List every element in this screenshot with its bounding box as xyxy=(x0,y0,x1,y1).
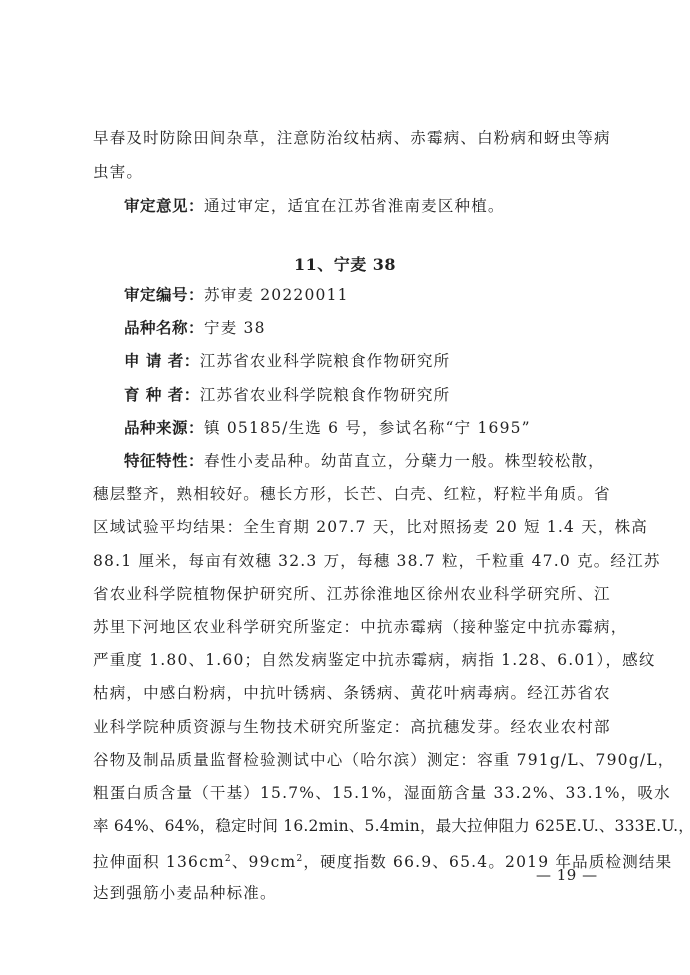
field-variety-source: 品种来源：镇 05185/生选 6 号，参试名称“宁 1695” xyxy=(124,418,598,438)
field-label: 育 种 者： xyxy=(124,386,200,404)
approval-opinion-text: 通过审定，适宜在江苏省淮南麦区种植。 xyxy=(204,197,505,215)
traits-line-area: 拉伸面积 136cm2、99cm2，硬度指数 66.9、65.4。2019 年品… xyxy=(93,849,598,872)
area-text-2: 、99cm xyxy=(232,854,297,872)
approval-opinion: 审定意见：通过审定，适宜在江苏省淮南麦区种植。 xyxy=(124,196,598,216)
prev-text-line-2: 虫害。 xyxy=(93,162,598,182)
traits-line: 穗层整齐，熟相较好。穗长方形，长芒、白壳、红粒，籽粒半角质。省 xyxy=(93,484,598,504)
area-text-3: ，硬度指数 66.9、65.4。2019 年品质检测结果 xyxy=(303,854,672,872)
approval-opinion-label: 审定意见： xyxy=(124,197,204,215)
traits-line: 枯病，中感白粉病，中抗叶锈病、条锈病、黄花叶病毒病。经江苏省农 xyxy=(93,683,598,703)
traits-line: 88.1 厘米，每亩有效穗 32.3 万，每穗 38.7 粒，千粒重 47.0 … xyxy=(93,551,598,571)
field-applicant: 申 请 者：江苏省农业科学院粮食作物研究所 xyxy=(124,351,598,371)
field-breeder: 育 种 者：江苏省农业科学院粮食作物研究所 xyxy=(124,385,598,405)
traits-label: 特征特性： xyxy=(124,452,204,470)
traits-first-line: 特征特性：春性小麦品种。幼苗直立，分蘖力一般。株型较松散， xyxy=(124,451,598,471)
traits-last-line: 达到强筋小麦品种标准。 xyxy=(93,883,598,903)
field-approval-number: 审定编号：苏审麦 20220011 xyxy=(124,285,598,305)
field-label: 申 请 者： xyxy=(124,352,200,370)
field-label: 品种名称： xyxy=(124,319,204,337)
section-title: 11、宁麦 38 xyxy=(0,252,690,275)
traits-line: 严重度 1.80、1.60；自然发病鉴定中抗赤霉病，病指 1.28、6.01），… xyxy=(93,650,598,670)
page-number: — 19 — xyxy=(536,866,598,884)
field-value: 江苏省农业科学院粮食作物研究所 xyxy=(200,352,451,370)
traits-line: 苏里下河地区农业科学研究所鉴定：中抗赤霉病（接种鉴定中抗赤霉病， xyxy=(93,617,598,637)
field-value: 苏审麦 20220011 xyxy=(204,286,349,304)
document-page: 早春及时防除田间杂草，注意防治纹枯病、赤霉病、白粉病和蚜虫等病 虫害。 审定意见… xyxy=(0,0,690,975)
area-text-1: 拉伸面积 136cm xyxy=(93,854,225,872)
superscript: 2 xyxy=(225,854,232,864)
traits-line: 业科学院种质资源与生物技术研究所鉴定：高抗穗发芽。经农业农村部 xyxy=(93,717,598,737)
traits-line: 率 64%、64%，稳定时间 16.2min、5.4min，最大拉伸阻力 625… xyxy=(93,816,598,836)
field-value: 镇 05185/生选 6 号，参试名称“宁 1695” xyxy=(204,419,531,437)
traits-text: 春性小麦品种。幼苗直立，分蘖力一般。株型较松散， xyxy=(204,452,605,470)
field-value: 宁麦 38 xyxy=(204,319,266,337)
traits-line: 谷物及制品质量监督检验测试中心（哈尔滨）测定：容重 791g/L、790g/L， xyxy=(93,750,598,770)
prev-text-line-1: 早春及时防除田间杂草，注意防治纹枯病、赤霉病、白粉病和蚜虫等病 xyxy=(93,128,598,148)
traits-line: 区域试验平均结果：全生育期 207.7 天，比对照扬麦 20 短 1.4 天，株… xyxy=(93,517,598,537)
field-variety-name: 品种名称：宁麦 38 xyxy=(124,318,598,338)
field-label: 品种来源： xyxy=(124,419,204,437)
traits-line: 省农业科学院植物保护研究所、江苏徐淮地区徐州农业科学研究所、江 xyxy=(93,584,598,604)
field-value: 江苏省农业科学院粮食作物研究所 xyxy=(200,386,451,404)
traits-line: 粗蛋白质含量（干基）15.7%、15.1%，湿面筋含量 33.2%、33.1%，… xyxy=(93,783,598,803)
field-label: 审定编号： xyxy=(124,286,204,304)
